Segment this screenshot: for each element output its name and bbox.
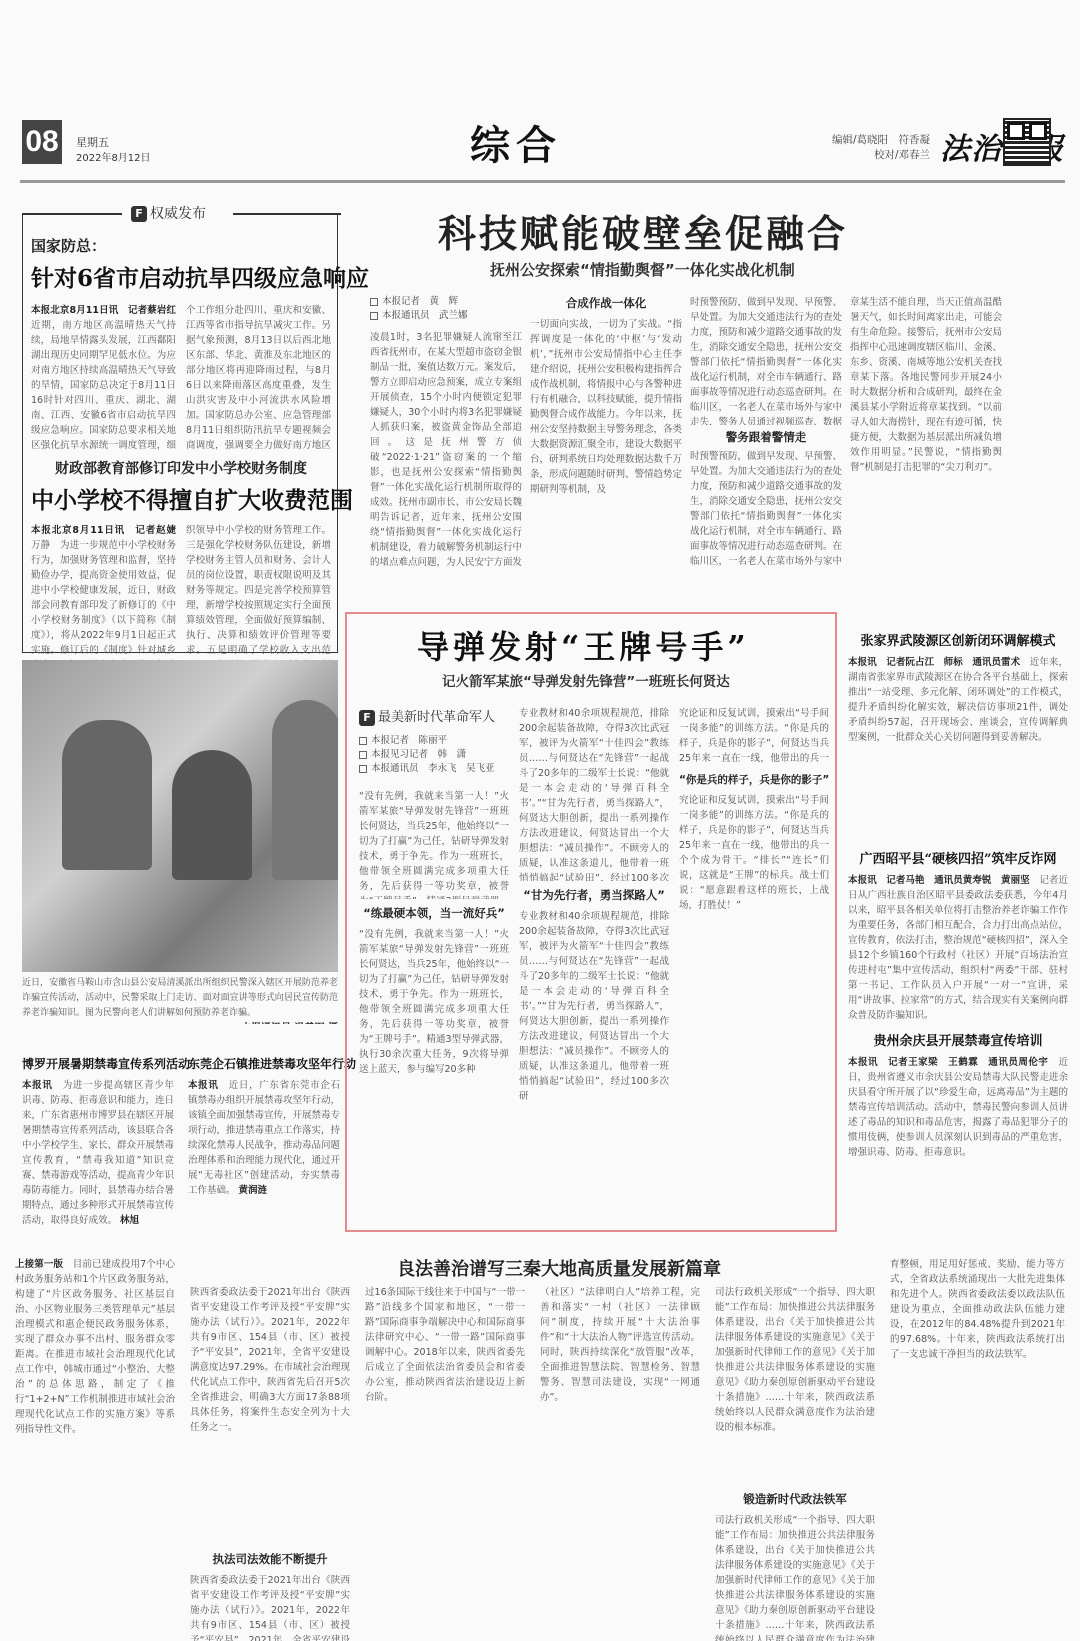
brief-yuqing[interactable]: 贵州余庆县开展禁毒宣传培训 本报讯 记者王家梁 王鹤霖 通讯员周伦宇 近日，贵州… [848, 1030, 1068, 1250]
square-icon [359, 765, 367, 773]
brief-zhangjiajie[interactable]: 张家界武陵源区创新闭环调解模式 本报讯 记者阮占江 师标 通讯员雷术 近年来，湖… [848, 630, 1068, 805]
feature-col1: “没有先例，我就来当第一人！”火箭军某旅“导弹发射先锋营”一班班长何贤达，当兵2… [359, 789, 509, 1227]
editors: 编辑/葛晓阳 符香凝 [740, 133, 930, 148]
f-logo-icon: F [359, 710, 375, 726]
section-head: “练最硬本领，当一流好兵” [359, 905, 509, 921]
weekday: 星期五 [76, 134, 109, 150]
feature-bylines: 本报记者 陈丽平 本报见习记者 韩 潇 本报通讯员 李永飞 吴飞亚 [359, 734, 509, 776]
article-school-finance[interactable]: 财政部教育部修订印发中小学校财务制度 中小学校不得擅自扩大收费范围 本报北京8月… [31, 458, 331, 673]
brief-body: 本报讯 记者阮占江 师标 通讯员雷术 近年来，湖南省张家界市武陵源区在协合各平台… [848, 655, 1068, 805]
article-headline: 中小学校不得擅自扩大收费范围 [31, 482, 331, 515]
square-icon [370, 312, 378, 320]
article-headline: 针对6省市启动抗旱四级应急响应 [31, 260, 331, 293]
square-icon [359, 751, 367, 759]
article-headline: 东莞企石镇推进禁毒攻坚年行动 [188, 1055, 340, 1072]
issue-date: 2022年8月12日 [76, 149, 151, 164]
lead-story[interactable]: 科技赋能破壁垒促融合 抚州公安探索“情指勤舆督”一体化实战化机制 本报记者 黄 … [350, 195, 1070, 575]
section-head: “甘为先行者，勇当探路人” [519, 887, 669, 903]
article-dongguan-drug[interactable]: 东莞企石镇推进禁毒攻坚年行动 本报讯 近日，广东省东莞市企石镇禁毒办组织开展禁毒… [188, 1055, 340, 1248]
article-headline: 博罗开展暑期禁毒宣传系列活动 [22, 1055, 174, 1072]
bottom-col6: 育整顿，用足用好惩戒、奖励、能力等方式，全省政法系统涌现出一大批先进集体和先进个… [890, 1257, 1065, 1627]
f-logo-icon: F [131, 206, 147, 222]
feature-badge: F最美新时代革命军人 [359, 706, 495, 726]
lead-col1: 凌晨1时，3名犯罪嫌疑人流窜至江西省抚州市，在某大型超市盗窃金银制品一批，案值达… [370, 330, 522, 570]
square-icon [370, 298, 378, 306]
bottom-headline: 良法善治谱写三秦大地高质量发展新篇章 [397, 1255, 721, 1281]
feature-subheadline: 记火箭军某旅“导弹发射先锋营”一班班长何贤达 [442, 670, 730, 690]
article-body-col2: 个工作组分赴四川、重庆和安徽、江西等省市指导抗旱减灾工作。另据气象预测，8月13… [186, 303, 331, 453]
bottom-col5: 司法行政机关形成“一个指导、四大职能”工作布局：加快推进公共法律服务体系建设，出… [715, 1285, 875, 1641]
square-icon [359, 737, 367, 745]
article-boluo-drug[interactable]: 博罗开展暑期禁毒宣传系列活动 本报讯 为进一步提高辖区青少年识毒、防毒、拒毒意识… [22, 1055, 174, 1248]
lead-bylines: 本报记者 黄 辉 本报通讯员 武兰娜 [370, 295, 468, 323]
qr-code-icon[interactable] [1003, 118, 1051, 166]
news-photo [22, 660, 338, 972]
brief-headline: 广西昭平县“硬核四招”筑牢反诈网 [848, 848, 1068, 867]
section-head: 警务跟着警情走 [690, 429, 842, 445]
page-number: 08 [22, 120, 62, 164]
authority-release-badge: F权威发布 [131, 203, 206, 223]
masthead-divider [20, 180, 1065, 183]
feature-headline: 导弹发射“王牌号手” [417, 622, 750, 668]
lead-headline: 科技赋能破壁垒促融合 [438, 203, 848, 258]
feature-col3: 究论证和反复试训，摸索出“号手间一岗多能”的训练方法。“你是兵的样子，兵是你的影… [679, 706, 829, 1223]
proofreader: 校对/邓春兰 [740, 148, 930, 163]
bottom-col1: 上接第一版 目前已建成投用7个中心村政务服务站和1个片区政务服务站，构建了“片区… [15, 1257, 175, 1627]
article-body: 本报讯 为进一步提高辖区青少年识毒、防毒、拒毒意识和能力，连日来，广东省惠州市博… [22, 1078, 174, 1248]
article-body-col1: 本报北京8月11日讯 记者赵婕 万静 为进一步规范中小学校财务行为，加强财务管理… [31, 523, 176, 673]
feature-col2: 专业教材和40余项规程规范，排除200余起装备故障，夺得3次比武冠军，被评为火箭… [519, 706, 669, 1229]
lead-col3: 时预警预防，做到早发现、早预警、早处置。为加大交通违法行为的查处力度，预防和减少… [690, 295, 842, 569]
section-head: “你是兵的样子，兵是你的影子” [679, 772, 829, 787]
masthead: 08 星期五 2022年8月12日 综合 编辑/葛晓阳 符香凝 校对/邓春兰 法… [0, 0, 1080, 190]
article-body-col2: 织领导中小学校的财务管理工作。三是强化学校财务队伍建设，新增学校财务主管人员和财… [186, 523, 331, 673]
brief-body: 本报讯 记者马艳 通讯员黄寿锐 黄丽坚 记者近日从广西壮族自治区昭平县委政法委获… [848, 873, 1068, 1023]
section-title: 综合 [470, 114, 562, 171]
article-kicker: 国家防总： [31, 235, 331, 256]
lead-col4: 章某生活不能自理，当天正值高温酷暑天气，如长时间离家出走，可能会有生命危险。接警… [850, 295, 1002, 570]
brief-headline: 贵州余庆县开展禁毒宣传培训 [848, 1030, 1068, 1049]
section-head: 合成作战一体化 [530, 295, 682, 311]
bottom-col4: （社区）“法律明白人”培养工程，完善和落实“一村（社区）一法律顾问”制度，持续开… [540, 1285, 700, 1630]
article-body: 本报讯 近日，广东省东莞市企石镇禁毒办组织开展禁毒攻坚年行动，该镇全面加强禁毒宣… [188, 1078, 340, 1248]
lead-subheadline: 抚州公安探索“情指勤舆督”一体化实战化机制 [490, 259, 795, 280]
lead-col2: 合成作战一体化 一切面向实战，一切为了实战。“指挥调度是一体化的‘中枢’与‘发动… [530, 295, 682, 582]
feature-box[interactable]: 导弹发射“王牌号手” 记火箭军某旅“导弹发射先锋营”一班班长何贤达 F最美新时代… [345, 612, 837, 1232]
authority-release-box: F权威发布 国家防总： 针对6省市启动抗旱四级应急响应 本报北京8月11日讯 记… [22, 213, 338, 653]
editors-credit: 编辑/葛晓阳 符香凝 校对/邓春兰 [740, 133, 930, 163]
photo-credit: 本报通讯员 冯善军 摄 [241, 1021, 338, 1024]
bottom-story[interactable]: 良法善治谱写三秦大地高质量发展新篇章 上接第一版 目前已建成投用7个中心村政务服… [15, 1255, 1070, 1635]
photo-caption: 近日，安徽省马鞍山市含山县公安局清溪派出所组织民警深入辖区开展防范养老诈骗宣传活… [22, 976, 338, 1024]
section-head: 锻造新时代政法铁军 [715, 1491, 875, 1507]
article-flood-control[interactable]: 国家防总： 针对6省市启动抗旱四级应急响应 本报北京8月11日讯 记者蔡岩红 近… [31, 235, 331, 453]
brief-zhaoping[interactable]: 广西昭平县“硬核四招”筑牢反诈网 本报讯 记者马艳 通讯员黄寿锐 黄丽坚 记者近… [848, 848, 1068, 1023]
article-body-col1: 本报北京8月11日讯 记者蔡岩红 近期，南方地区高温晴热天气持续，局地旱情露头发… [31, 303, 176, 453]
bottom-col3: 过16条国际干线往来于中国与“一带一路”沿线多个国家和地区，“一带一路”国际商事… [365, 1285, 525, 1630]
brief-headline: 张家界武陵源区创新闭环调解模式 [848, 630, 1068, 649]
brief-body: 本报讯 记者王家梁 王鹤霖 通讯员周伦宇 近日，贵州省遵义市余庆县公安局禁毒大队… [848, 1055, 1068, 1250]
section-head: 执法司法效能不断提升 [190, 1551, 350, 1567]
bottom-col2: 陕西省委政法委于2021年出台《陕西省平安建设工作考评及授“平安牌”实施办法（试… [190, 1285, 350, 1641]
article-kicker: 财政部教育部修订印发中小学校财务制度 [31, 458, 331, 478]
